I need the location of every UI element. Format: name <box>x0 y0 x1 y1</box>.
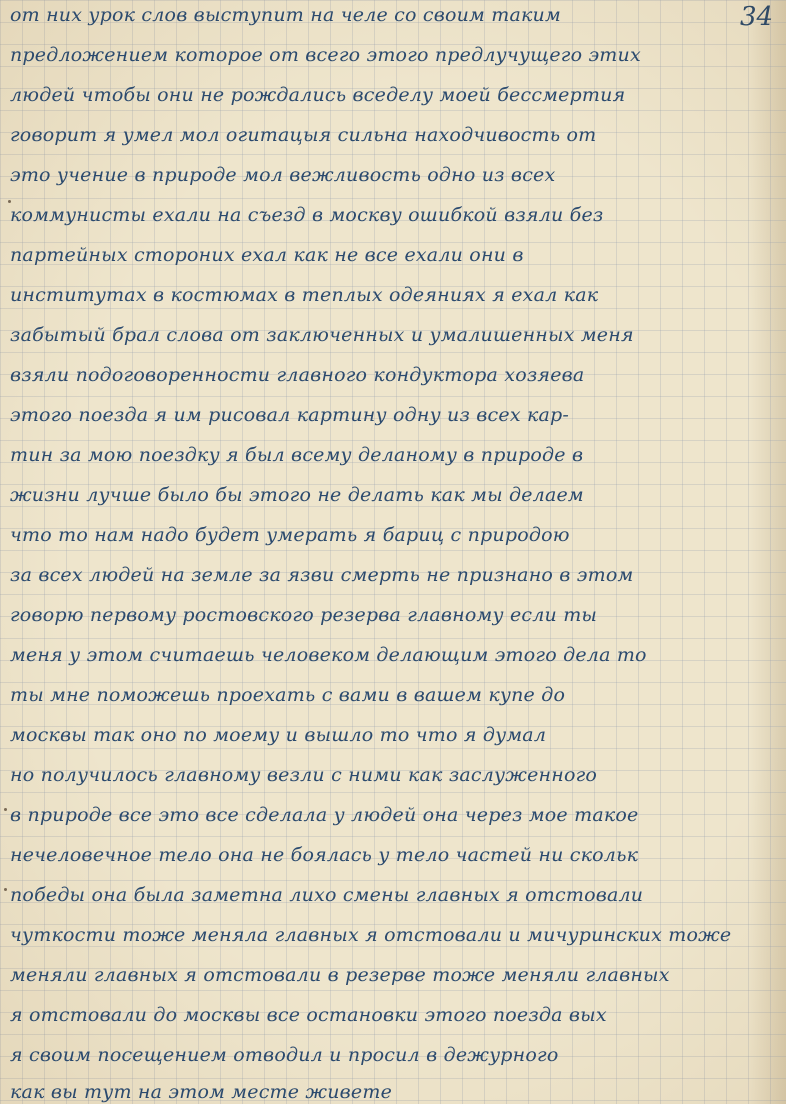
page-number: 34 <box>740 2 773 32</box>
text-line: что то нам надо будет умерать я бариц с … <box>10 515 740 555</box>
text-line: как вы тут на этом месте живете <box>10 1072 740 1104</box>
text-line: коммунисты ехали на съезд в москву ошибк… <box>10 195 740 235</box>
text-line: забытый брал слова от заключенных и умал… <box>10 315 740 355</box>
text-line: москвы так оно по моему и вышло то что я… <box>10 715 740 755</box>
text-line: тин за мою поездку я был всему деланому … <box>10 435 740 475</box>
text-line: этого поезда я им рисовал картину одну и… <box>10 395 740 435</box>
text-line: чуткости тоже меняла главных я отстовали… <box>10 915 740 955</box>
text-line: меня у этом считаешь человеком делающим … <box>10 635 740 675</box>
margin-mark <box>4 888 7 891</box>
text-line: я своим посещением отводил и просил в де… <box>10 1035 740 1075</box>
text-line: говорит я умел мол огитацыя сильна наход… <box>10 115 740 155</box>
text-line: партейных стороних ехал как не все ехали… <box>10 235 740 275</box>
text-line: институтах в костюмах в теплых одеяниях … <box>10 275 740 315</box>
text-line: я отстовали до москвы все остановки этог… <box>10 995 740 1035</box>
text-line: ты мне поможешь проехать с вами в вашем … <box>10 675 740 715</box>
text-line: за всех людей на земле за язви смерть не… <box>10 555 740 595</box>
text-line: нечеловечное тело она не боялась у тело … <box>10 835 740 875</box>
text-line: жизни лучше было бы этого не делать как … <box>10 475 740 515</box>
text-line: от них урок слов выступит на челе со сво… <box>10 0 740 35</box>
text-line: в природе все это все сделала у людей он… <box>10 795 740 835</box>
text-line: меняли главных я отстовали в резерве тож… <box>10 955 740 995</box>
text-line: это учение в природе мол вежливость одно… <box>10 155 740 195</box>
text-line: предложением которое от всего этого пред… <box>10 35 740 75</box>
text-line: людей чтобы они не рождались вседелу мое… <box>10 75 740 115</box>
text-line: говорю первому ростовского резерва главн… <box>10 595 740 635</box>
text-line: но получилось главному везли с ними как … <box>10 755 740 795</box>
text-line: победы она была заметна лихо смены главн… <box>10 875 740 915</box>
margin-mark <box>4 808 7 811</box>
text-line: взяли подоговоренности главного кондукто… <box>10 355 740 395</box>
manuscript-page: 34 от них урок слов выступит на челе со … <box>0 0 786 1104</box>
